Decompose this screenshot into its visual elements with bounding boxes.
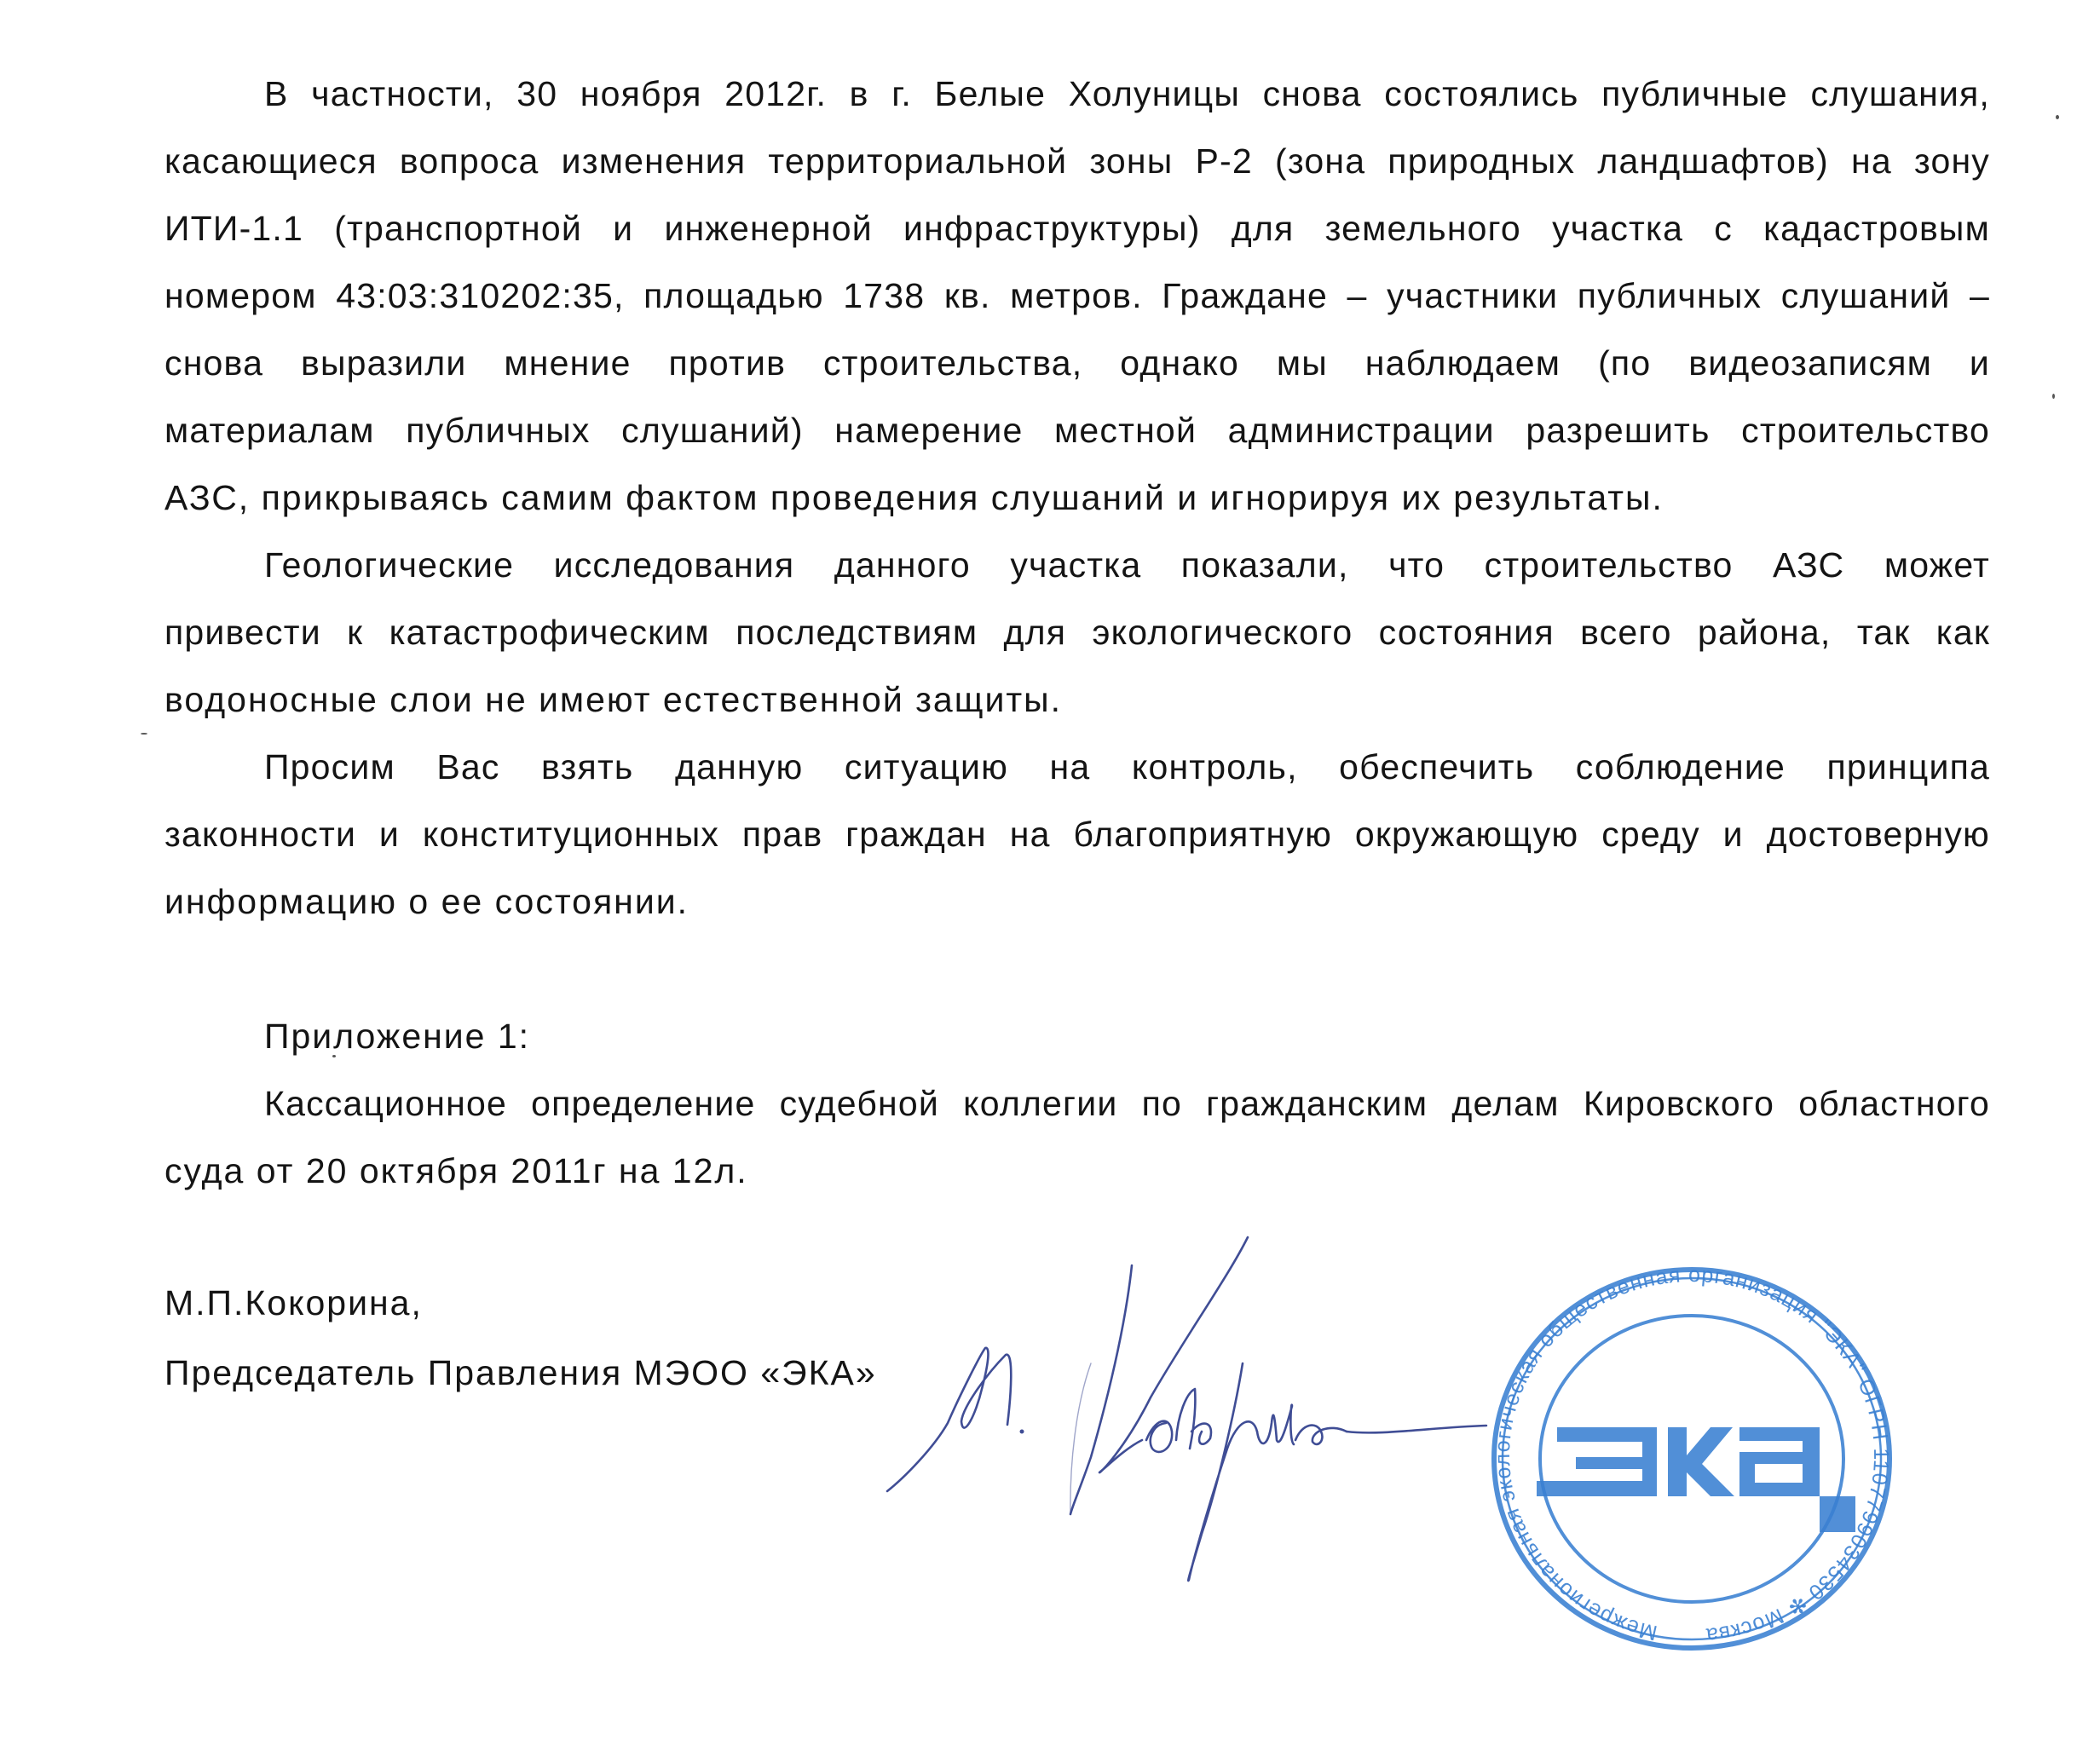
scan-speck — [141, 733, 147, 735]
paragraph-2-line-1: Геологические исследования данного участ… — [264, 532, 1990, 599]
paragraph-1-line-5: снова выразили мнение против строительст… — [164, 330, 1990, 397]
paragraph-3-line-2: законности и конституционных прав гражда… — [164, 801, 1990, 868]
attachment-line-1: Кассационное определение судебной коллег… — [264, 1070, 1990, 1138]
signatory-title: Председатель Правления МЭОО «ЭКА» — [164, 1340, 877, 1407]
paragraph-1-line-2: касающиеся вопроса изменения территориал… — [164, 128, 1990, 195]
paragraph-1-line-7: АЗС, прикрываясь самим фактом проведения… — [164, 464, 1990, 532]
signatory-name: М.П.Кокорина, — [164, 1270, 423, 1337]
scan-speck — [332, 1055, 336, 1057]
stamp-logo-eka — [1537, 1427, 1855, 1532]
letter-page: В частности, 30 ноября 2012г. в г. Белые… — [0, 0, 2100, 1740]
attachment-heading: Приложение 1: — [264, 1003, 530, 1070]
paragraph-3-line-1: Просим Вас взять данную ситуацию на конт… — [264, 734, 1990, 801]
organization-stamp: Межрегиональная экологическая общественн… — [1487, 1263, 1896, 1655]
paragraph-2-line-2: привести к катастрофическим последствиям… — [164, 599, 1990, 666]
scan-speck — [2056, 115, 2059, 119]
paragraph-1-line-4: номером 43:03:310202:35, площадью 1738 к… — [164, 262, 1990, 330]
paragraph-3-line-3: информацию о ее состоянии. — [164, 868, 1990, 936]
paragraph-1-line-1: В частности, 30 ноября 2012г. в г. Белые… — [264, 60, 1990, 128]
paragraph-1-line-6: материалам публичных слушаний) намерение… — [164, 397, 1990, 464]
paragraph-1-line-3: ИТИ-1.1 (транспортной и инженерной инфра… — [164, 195, 1990, 262]
scan-speck — [2052, 394, 2055, 399]
paragraph-2-line-3: водоносные слои не имеют естественной за… — [164, 666, 1990, 734]
handwritten-signature — [852, 1193, 1534, 1704]
